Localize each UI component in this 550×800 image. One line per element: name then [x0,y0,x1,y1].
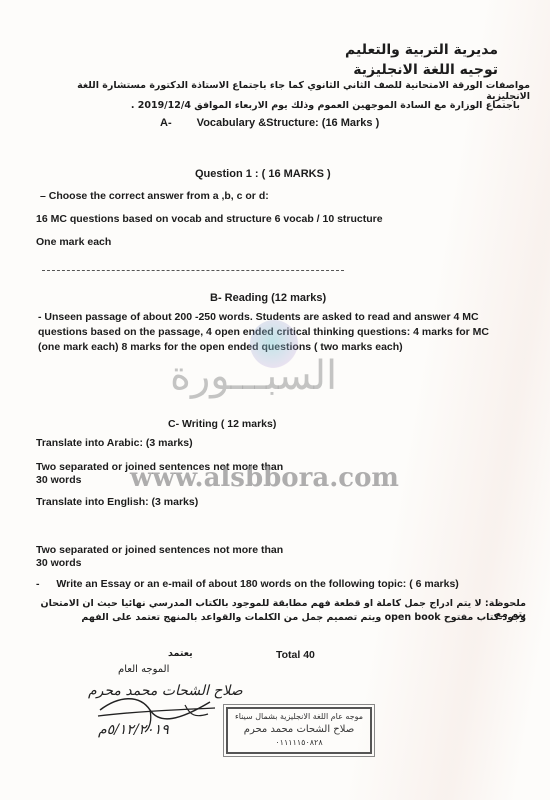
official-stamp: موجه عام اللغة الانجليزية بشمال سيناء صل… [226,707,372,754]
question-1-detail: 16 MC questions based on vocab and struc… [36,213,383,225]
translate-english-detail: Two separated or joined sentences not mo… [36,544,296,570]
section-divider [42,270,344,271]
watermark-arabic: السبـــورة [170,353,337,399]
directorate-heading: مديرية التربية والتعليم [345,42,498,58]
translate-english-label: Translate into English: (3 marks) [36,496,198,508]
department-heading: توجيه اللغة الانجليزية [353,62,498,78]
section-a-title: Vocabulary &Structure: (16 Marks ) [197,117,380,129]
section-a-letter: A- [160,117,172,129]
stamp-line-2: صلاح الشحات محمد محرم [228,723,370,736]
approval-label: يعتمد [168,648,193,659]
stamp-line-3: ٠١١١١١٥٠٨٢٨ [228,736,370,749]
bullet-icon: - [36,578,40,590]
total-marks: Total 40 [276,649,315,661]
spec-line-1: مواصفات الورقة الامتحانية للصف الثاني ال… [68,80,530,102]
supervisor-title: الموجه العام [118,664,169,675]
spec-line-2: باجتماع الوزارة مع السادة الموجهين العمو… [100,100,520,111]
watermark-url: www.alsbbora.com [130,463,399,493]
signature-date: ٥/١٢/٢٠١٩م [98,722,169,738]
question-1-marking: One mark each [36,236,111,248]
exam-specification-page: مديرية التربية والتعليم توجيه اللغة الان… [0,0,550,800]
essay-text: Write an Essay or an e-mail of about 180… [56,578,458,590]
question-1-instruction: – Choose the correct answer from a ,b, c… [40,190,269,202]
section-a-heading: A- Vocabulary &Structure: (16 Marks ) [160,117,379,129]
section-c-heading: C- Writing ( 12 marks) [168,418,276,430]
essay-instruction: - Write an Essay or an e-mail of about 1… [36,578,459,590]
note-line-2: وجود كتاب مفتوح open book ويتم تصميم جمل… [30,612,526,623]
translate-arabic-label: Translate into Arabic: (3 marks) [36,437,193,449]
section-b-heading: B- Reading (12 marks) [210,292,326,304]
question-1-title: Question 1 : ( 16 MARKS ) [195,168,331,180]
stamp-line-1: موجه عام اللغة الانجليزية بشمال سيناء [228,710,370,723]
